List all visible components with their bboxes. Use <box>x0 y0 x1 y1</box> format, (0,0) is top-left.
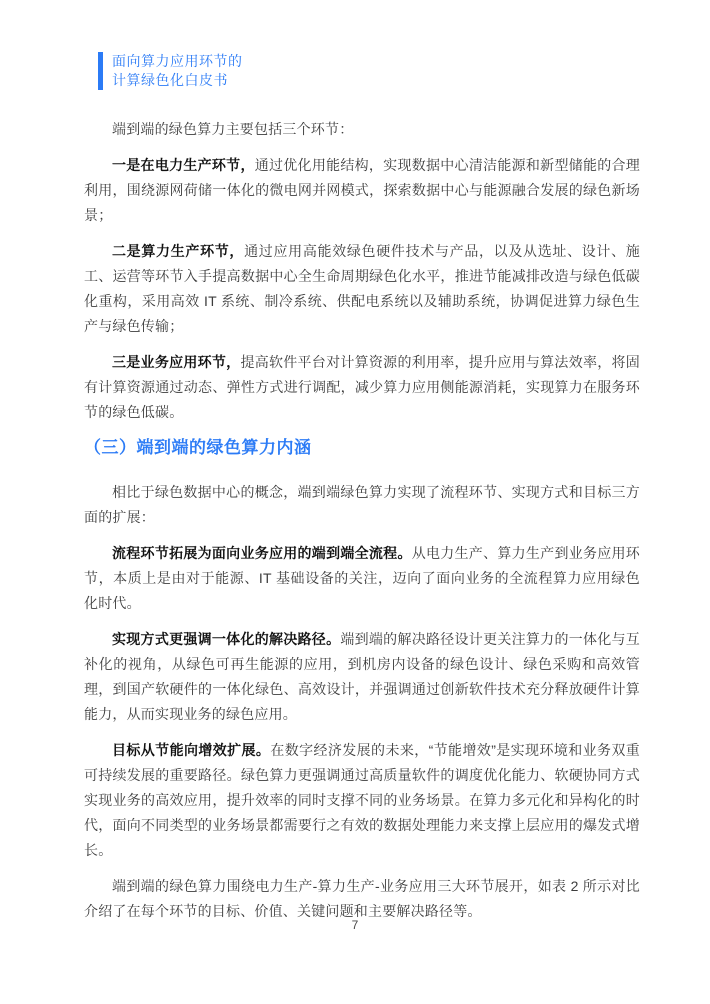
accent-bar <box>98 52 103 90</box>
paragraph-process-expansion: 流程环节拓展为面向业务应用的端到端全流程。从电力生产、算力生产到业务应用环节，本… <box>84 541 640 616</box>
paragraph-integrated-solution: 实现方式更强调一体化的解决路径。端到端的解决路径设计更关注算力的一体化与互补化的… <box>84 627 640 727</box>
document-title-line2: 计算绿色化白皮书 <box>112 71 243 90</box>
paragraph-lead: 三是业务应用环节， <box>112 354 240 370</box>
paragraph-text: 端到端的绿色算力主要包括三个环节： <box>112 121 353 137</box>
paragraph-text: 相比于绿色数据中心的概念，端到端绿色算力实现了流程环节、实现方式和目标三方面的扩… <box>84 484 640 525</box>
paragraph-intro-links: 端到端的绿色算力主要包括三个环节： <box>84 117 640 142</box>
paragraph-lead: 实现方式更强调一体化的解决路径。 <box>112 631 340 647</box>
paragraph-section-intro: 相比于绿色数据中心的概念，端到端绿色算力实现了流程环节、实现方式和目标三方面的扩… <box>84 480 640 530</box>
paragraph-lead: 目标从节能向增效扩展。 <box>112 742 270 758</box>
paragraph-business-application: 三是业务应用环节，提高软件平台对计算资源的利用率，提升应用与算法效率，将固有计算… <box>84 350 640 425</box>
page-content: 面向算力应用环节的 计算绿色化白皮书 端到端的绿色算力主要包括三个环节： 一是在… <box>84 52 640 935</box>
document-title: 面向算力应用环节的 计算绿色化白皮书 <box>112 52 243 90</box>
paragraph-text: 在数字经济发展的未来，“节能增效”是实现环境和业务双重可持续发展的重要路径。绿色… <box>84 742 640 858</box>
paragraph-compute-production: 二是算力生产环节，通过应用高能效绿色硬件技术与产品，以及从选址、设计、施工、运营… <box>84 239 640 339</box>
paragraph-lead: 流程环节拓展为面向业务应用的端到端全流程。 <box>112 545 412 561</box>
document-header: 面向算力应用环节的 计算绿色化白皮书 <box>98 52 640 90</box>
paragraph-text: 端到端的绿色算力围绕电力生产-算力生产-业务应用三大环节展开，如表 2 所示对比… <box>84 878 640 919</box>
paragraph-goal-expansion: 目标从节能向增效扩展。在数字经济发展的未来，“节能增效”是实现环境和业务双重可持… <box>84 738 640 863</box>
whitepaper-page: 面向算力应用环节的 计算绿色化白皮书 端到端的绿色算力主要包括三个环节： 一是在… <box>0 0 710 1004</box>
paragraph-lead: 二是算力生产环节， <box>112 243 244 259</box>
page-number: 7 <box>0 917 710 933</box>
paragraph-lead: 一是在电力生产环节， <box>112 157 255 173</box>
document-title-line1: 面向算力应用环节的 <box>112 52 243 71</box>
paragraph-power-production: 一是在电力生产环节，通过优化用能结构，实现数据中心清洁能源和新型储能的合理利用，… <box>84 153 640 228</box>
section-heading: （三）端到端的绿色算力内涵 <box>84 436 640 460</box>
